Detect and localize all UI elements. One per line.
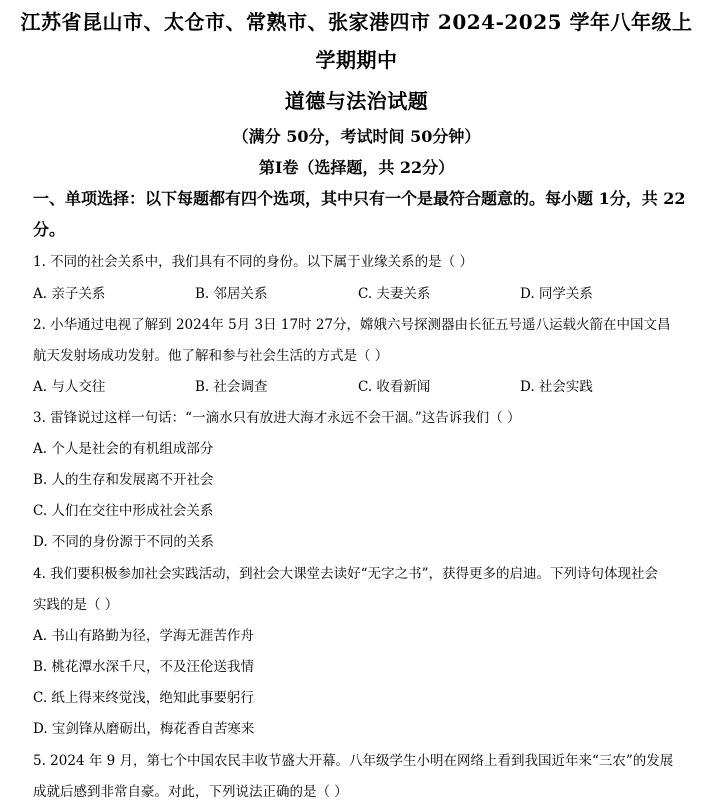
subject-title: 道德与法治试题 — [0, 85, 713, 114]
option-b: B. 社会调查 — [195, 375, 268, 395]
question-stem: 4. 我们要积极参加社会实践活动，到社会大课堂去读好“无字之书”，获得更多的启迪… — [33, 562, 658, 582]
section-instruction-line2: 分。 — [33, 217, 65, 240]
part-title: 第Ⅰ卷（选择题，共 22分） — [0, 155, 713, 178]
option-c: C. 人们在交往中形成社会关系 — [33, 499, 213, 519]
option-c: C. 夫妻关系 — [358, 282, 430, 302]
option-d: D. 宝剑锋从磨砺出，梅花香自苦寒来 — [33, 717, 254, 737]
question-stem: 1. 不同的社会关系中，我们具有不同的身份。以下属于业缘关系的是（ ） — [33, 250, 473, 270]
option-b: B. 人的生存和发展离不开社会 — [33, 468, 214, 488]
option-d: D. 不同的身份源于不同的关系 — [33, 530, 214, 550]
section-instruction-line1: 一、单项选择：以下每题都有四个选项，其中只有一个是最符合题意的。每小题 1分，共… — [33, 186, 686, 209]
option-b: B. 桃花潭水深千尺，不及汪伦送我情 — [33, 655, 254, 675]
option-a: A. 个人是社会的有机组成部分 — [33, 437, 213, 457]
question-stem: 2. 小华通过电视了解到 2024年 5月 3日 17时 27分，嫦娥六号探测器… — [33, 313, 671, 333]
option-a: A. 亲子关系 — [33, 282, 105, 302]
question-stem-cont: 航天发射场成功发射。他了解和参与社会生活的方式是（ ） — [33, 344, 388, 364]
question-stem-cont: 实践的是（ ） — [33, 593, 118, 613]
option-c: C. 收看新闻 — [358, 375, 430, 395]
exam-info: （满分 50分，考试时间 50分钟） — [0, 124, 713, 147]
option-d: D. 同学关系 — [520, 282, 593, 302]
question-stem: 5. 2024 年 9 月，第七个中国农民丰收节盛大开幕。八年级学生小明在网络上… — [33, 749, 673, 769]
exam-title-line1: 江苏省昆山市、太仓市、常熟市、张家港四市 2024-2025 学年八年级上 — [0, 6, 713, 35]
option-a: A. 与人交往 — [33, 375, 105, 395]
exam-title-line2: 学期期中 — [0, 44, 713, 73]
question-stem-cont: 成就后感到非常自豪。对此，下列说法正确的是（ ） — [33, 780, 348, 800]
option-a: A. 书山有路勤为径，学海无涯苦作舟 — [33, 624, 254, 644]
option-c: C. 纸上得来终觉浅，绝知此事要躬行 — [33, 686, 254, 706]
question-stem: 3. 雷锋说过这样一句话：“一滴水只有放进大海才永远不会干涸。”这告诉我们（ ） — [33, 406, 521, 426]
option-d: D. 社会实践 — [520, 375, 593, 395]
option-b: B. 邻居关系 — [195, 282, 268, 302]
